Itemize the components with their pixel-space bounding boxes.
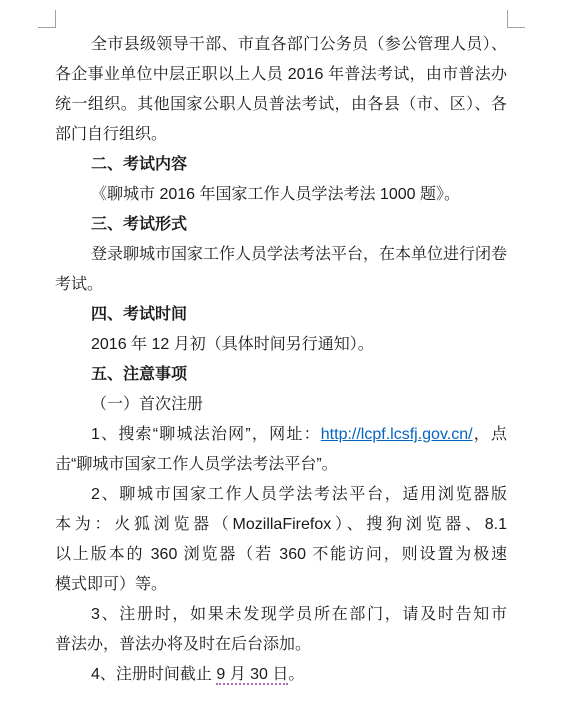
hyperlink-lcpf-url[interactable]: http://lcpf.lcsfj.gov.cn/ — [321, 426, 473, 443]
doc-line-para2-line1: 《聊城市 2016 年国家工作人员学法考法 1000 题》。 — [55, 180, 507, 210]
doc-line-item3-line2: 普法办，普法办将及时在后台添加。 — [55, 630, 507, 660]
doc-line-item2-line4: 模式即可）等。 — [55, 570, 507, 600]
doc-line-item1-line1: 1、搜索“聊城法治网”，网址：http://lcpf.lcsfj.gov.cn/… — [55, 420, 507, 450]
deadline-date-dotted-underline: 9 月 30 日 — [216, 666, 288, 685]
doc-line-heading-3: 三、考试形式 — [55, 210, 507, 240]
doc-line-para1-line1: 全市县级领导干部、市直各部门公务员（参公管理人员）、 — [55, 30, 507, 60]
text-segment: 4、注册时间截止 — [91, 666, 216, 683]
text-segment: 1、搜索“聊城法治网”，网址： — [91, 426, 321, 443]
doc-line-item2-line1: 2、聊城市国家工作人员学法考法平台，适用浏览器版 — [55, 480, 507, 510]
text-segment: 。 — [288, 666, 304, 683]
doc-line-item4-line1: 4、注册时间截止 9 月 30 日。 — [55, 660, 507, 690]
doc-line-para3-line2: 考试。 — [55, 270, 507, 300]
margin-crop-mark-top-left — [38, 10, 56, 28]
doc-line-item1-line2: 击“聊城市国家工作人员学法考法平台”。 — [55, 450, 507, 480]
text-segment: ，点 — [473, 426, 507, 443]
doc-line-para1-line3: 统一组织。其他国家公职人员普法考试，由各县（市、区）、各 — [55, 90, 507, 120]
document-page: 全市县级领导干部、市直各部门公务员（参公管理人员）、各企事业单位中层正职以上人员… — [0, 0, 566, 703]
doc-line-para1-line2: 各企事业单位中层正职以上人员 2016 年普法考试，由市普法办 — [55, 60, 507, 90]
doc-line-item2-line3: 以上版本的 360 浏览器（若 360 不能访问，则设置为极速 — [55, 540, 507, 570]
doc-line-para4-line1: 2016 年 12 月初（具体时间另行通知）。 — [55, 330, 507, 360]
doc-line-para3-line1: 登录聊城市国家工作人员学法考法平台，在本单位进行闭卷 — [55, 240, 507, 270]
doc-line-subheading-first-register: （一）首次注册 — [55, 390, 507, 420]
margin-crop-mark-top-right — [507, 10, 525, 28]
doc-line-heading-4: 四、考试时间 — [55, 300, 507, 330]
doc-line-item3-line1: 3、注册时，如果未发现学员所在部门，请及时告知市 — [55, 600, 507, 630]
doc-line-heading-2: 二、考试内容 — [55, 150, 507, 180]
doc-line-item2-line2: 本为：火狐浏览器（MozillaFirefox）、搜狗浏览器、8.1 — [55, 510, 507, 540]
doc-line-heading-5: 五、注意事项 — [55, 360, 507, 390]
document-body: 全市县级领导干部、市直各部门公务员（参公管理人员）、各企事业单位中层正职以上人员… — [55, 30, 507, 690]
doc-line-para1-line4: 部门自行组织。 — [55, 120, 507, 150]
